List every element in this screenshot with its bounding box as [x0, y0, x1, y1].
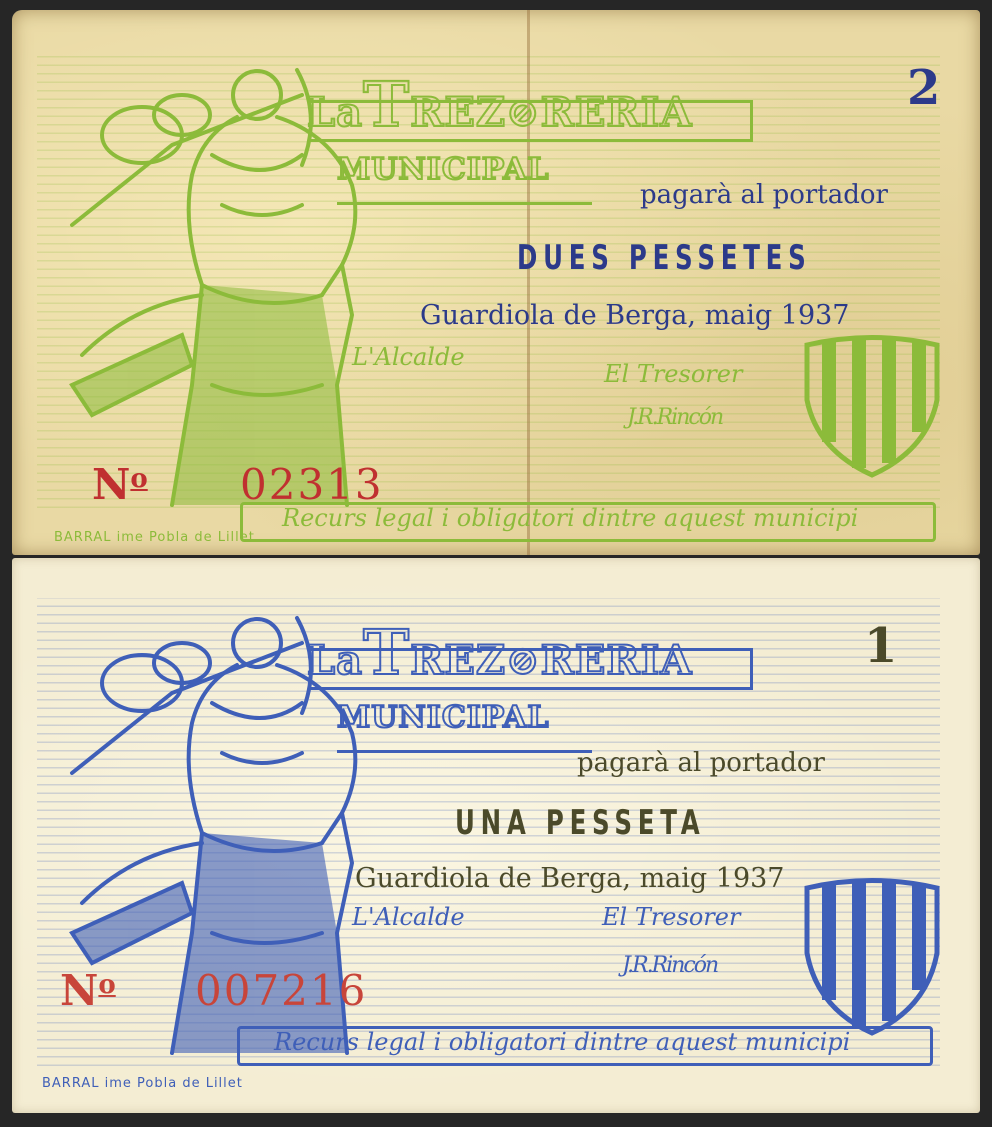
- pay-to-bearer-text: pagarà al portador: [577, 748, 825, 778]
- place-date-text: Guardiola de Berga, maig 1937: [355, 863, 784, 894]
- amount-text: DUES PESSETES: [517, 238, 812, 278]
- catalan-shield-icon: [797, 873, 947, 1038]
- title-rest: REZ⊘RERIA: [410, 89, 692, 136]
- legal-tender-text: Recurs legal i obligatori dintre aquest …: [282, 504, 858, 532]
- treasurer-signature: J.R.Rincón: [622, 953, 717, 978]
- treasurer-signature: J.R.Rincón: [627, 405, 722, 430]
- title-la-tresoreria: LaTREZ⊘RERIA: [307, 616, 692, 689]
- serial-number: 007216: [195, 966, 367, 1015]
- catalan-shield-icon: [797, 330, 947, 480]
- amount-text: UNA PESSETA: [455, 803, 705, 843]
- printer-imprint: BARRAL ime Pobla de Lillet: [42, 1076, 243, 1091]
- place-date-text: Guardiola de Berga, maig 1937: [420, 300, 849, 331]
- treasurer-signature-label: El Tresorer: [602, 903, 740, 931]
- title-la: La: [307, 637, 363, 684]
- title-rest: REZ⊘RERIA: [410, 637, 692, 684]
- serial-number-label: No: [92, 460, 148, 509]
- title-la: La: [307, 89, 363, 136]
- title-initial: T: [363, 616, 410, 689]
- mayor-signature-label: L'Alcalde: [352, 343, 465, 371]
- title-municipal: MUNICIPAL: [337, 152, 549, 187]
- title-initial: T: [363, 68, 410, 141]
- serial-number-label: No: [60, 966, 116, 1015]
- printer-imprint: BARRAL ime Pobla de Lillet: [54, 530, 255, 545]
- denomination-numeral: 1: [864, 618, 897, 674]
- title-la-tresoreria: LaTREZ⊘RERIA: [307, 68, 692, 141]
- legal-tender-text: Recurs legal i obligatori dintre aquest …: [274, 1028, 850, 1056]
- denomination-numeral: 2: [907, 60, 940, 116]
- banknote-una-pesseta: LaTREZ⊘RERIA MUNICIPAL 1 pagarà al porta…: [12, 558, 980, 1113]
- pay-to-bearer-text: pagarà al portador: [640, 180, 888, 210]
- mayor-signature-label: L'Alcalde: [352, 903, 465, 931]
- treasurer-signature-label: El Tresorer: [604, 360, 742, 388]
- banknote-dues-pessetes: LaTREZ⊘RERIA MUNICIPAL 2 pagarà al porta…: [12, 10, 980, 555]
- title-municipal: MUNICIPAL: [337, 700, 549, 735]
